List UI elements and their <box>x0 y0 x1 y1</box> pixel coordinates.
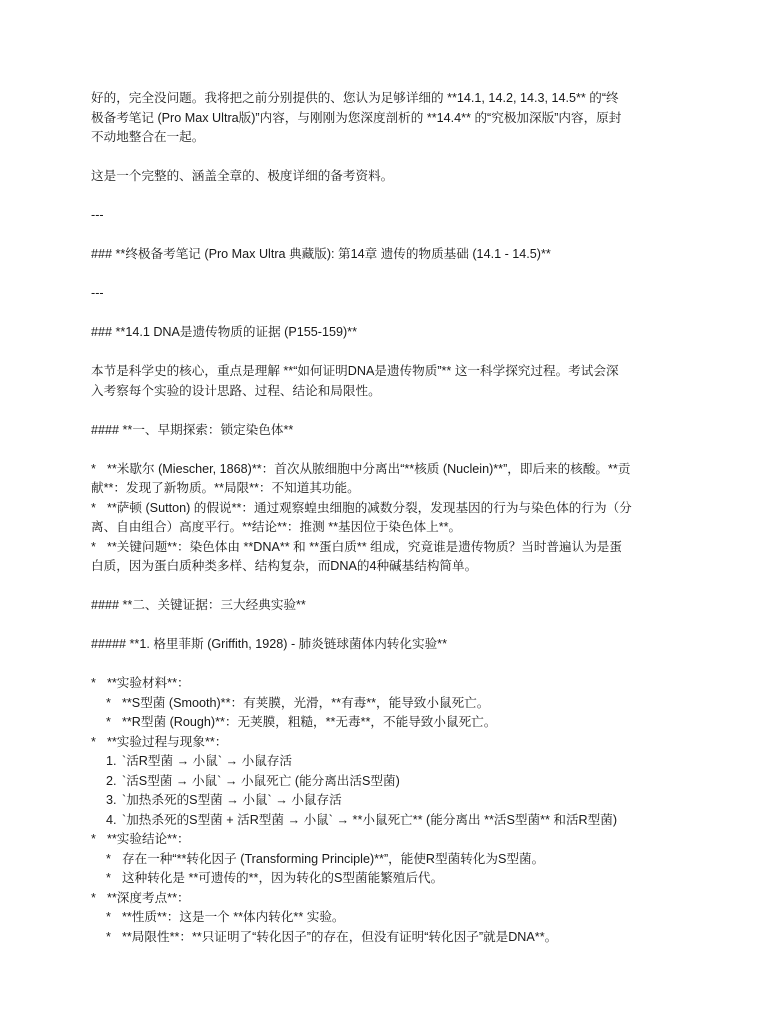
text-line: 极备考笔记 (Pro Max Ultra版)”内容，与刚刚为您深度剖析的 **1… <box>91 109 681 129</box>
step-text: `活R型菌 → 小鼠` → 小鼠存活 <box>122 754 292 768</box>
horizontal-rule-1: --- <box>91 206 681 226</box>
step-text: `加热杀死的S型菌 → 小鼠` → 小鼠存活 <box>122 793 342 807</box>
list-item-text: 离、自由组合）高度平行。**结论**：推测 **基因位于染色体上**。 <box>91 518 681 538</box>
section-intro-paragraph: 本节是科学史的核心，重点是理解 **“如何证明DNA是遗传物质”** 这一科学探… <box>91 362 681 401</box>
step-number: 4. <box>106 811 122 831</box>
document-title: ### **终极备考笔记 (Pro Max Ultra 典藏版): 第14章 遗… <box>91 245 681 265</box>
sub-list-item: **局限性**：**只证明了“转化因子”的存在，但没有证明“转化因子”就是DNA… <box>122 930 557 944</box>
intro-paragraph: 好的，完全没问题。我将把之前分别提供的、您认为足够详细的 **14.1, 14.… <box>91 89 681 148</box>
text-line: --- <box>91 206 681 226</box>
part1-heading: #### **一、早期探索：锁定染色体** <box>91 421 681 441</box>
bullet-marker: * <box>91 674 107 694</box>
section-heading-14-1: ### **14.1 DNA是遗传物质的证据 (P155-159)** <box>91 323 681 343</box>
list-item-key-points: ***深度考点**： ***性质**：这是一个 **体内转化** 实验。 ***… <box>91 889 681 948</box>
part1-bullet-list: ***米歇尔 (Miescher, 1868)**：首次从脓细胞中分离出“**核… <box>91 460 681 577</box>
list-item-materials: ***实验材料**： ***S型菌 (Smooth)**：有荚膜，光滑，**有毒… <box>91 674 681 733</box>
bullet-marker: * <box>91 538 107 558</box>
bullet-marker: * <box>91 499 107 519</box>
list-item-label: **深度考点**： <box>107 891 190 905</box>
text-line: 不动地整合在一起。 <box>91 128 681 148</box>
list-item-text: **米歇尔 (Miescher, 1868)**：首次从脓细胞中分离出“**核质… <box>107 462 630 476</box>
list-item-text: **关键问题**：染色体由 **DNA** 和 **蛋白质** 组成，究竟谁是遗… <box>107 540 622 554</box>
text-line: ### **终极备考笔记 (Pro Max Ultra 典藏版): 第14章 遗… <box>91 245 681 265</box>
list-item-text: 献**：发现了新物质。**局限**：不知道其功能。 <box>91 479 681 499</box>
sub-list-item: **R型菌 (Rough)**：无荚膜，粗糙，**无毒**，不能导致小鼠死亡。 <box>122 715 496 729</box>
bullet-marker: * <box>106 694 122 714</box>
step-text: `加热杀死的S型菌 + 活R型菌 → 小鼠` → **小鼠死亡** (能分离出 … <box>122 813 617 827</box>
text-line: 本节是科学史的核心，重点是理解 **“如何证明DNA是遗传物质”** 这一科学探… <box>91 362 681 382</box>
sub-list-item: **S型菌 (Smooth)**：有荚膜，光滑，**有毒**，能导致小鼠死亡。 <box>122 696 489 710</box>
list-item-label: **实验结论**： <box>107 832 190 846</box>
text-line: ### **14.1 DNA是遗传物质的证据 (P155-159)** <box>91 323 681 343</box>
text-line: 入考察每个实验的设计思路、过程、结论和局限性。 <box>91 382 681 402</box>
list-item: ***米歇尔 (Miescher, 1868)**：首次从脓细胞中分离出“**核… <box>91 460 681 499</box>
list-item: ***萨顿 (Sutton) 的假说**：通过观察蝗虫细胞的减数分裂，发现基因的… <box>91 499 681 538</box>
list-item-process: ***实验过程与现象**： 1.`活R型菌 → 小鼠` → 小鼠存活 2.`活S… <box>91 733 681 831</box>
bullet-marker: * <box>91 830 107 850</box>
step-number: 2. <box>106 772 122 792</box>
sub-list-item: 存在一种“**转化因子 (Transforming Principle)**”，… <box>122 852 544 866</box>
list-item: ***关键问题**：染色体由 **DNA** 和 **蛋白质** 组成，究竟谁是… <box>91 538 681 577</box>
step-text: `活S型菌 → 小鼠` → 小鼠死亡 (能分离出活S型菌) <box>122 774 400 788</box>
text-line: --- <box>91 284 681 304</box>
bullet-marker: * <box>106 713 122 733</box>
experiment1-list: ***实验材料**： ***S型菌 (Smooth)**：有荚膜，光滑，**有毒… <box>91 674 681 947</box>
list-item-conclusion: ***实验结论**： *存在一种“**转化因子 (Transforming Pr… <box>91 830 681 889</box>
text-line: 好的，完全没问题。我将把之前分别提供的、您认为足够详细的 **14.1, 14.… <box>91 89 681 109</box>
bullet-marker: * <box>91 460 107 480</box>
step-number: 3. <box>106 791 122 811</box>
sub-list-item: 这种转化是 **可遗传的**，因为转化的S型菌能繁殖后代。 <box>122 871 443 885</box>
horizontal-rule-2: --- <box>91 284 681 304</box>
bullet-marker: * <box>106 850 122 870</box>
bullet-marker: * <box>91 889 107 909</box>
sub-list-item: **性质**：这是一个 **体内转化** 实验。 <box>122 910 345 924</box>
summary-paragraph: 这是一个完整的、涵盖全章的、极度详细的备考资料。 <box>91 167 681 187</box>
text-line: #### **一、早期探索：锁定染色体** <box>91 421 681 441</box>
list-item-label: **实验过程与现象**： <box>107 735 227 749</box>
text-line: ##### **1. 格里菲斯 (Griffith, 1928) - 肺炎链球菌… <box>91 635 681 655</box>
document-page: 好的，完全没问题。我将把之前分别提供的、您认为足够详细的 **14.1, 14.… <box>0 0 768 1024</box>
list-item-label: **实验材料**： <box>107 676 190 690</box>
bullet-marker: * <box>91 733 107 753</box>
part2-heading: #### **二、关键证据：三大经典实验** <box>91 596 681 616</box>
text-line: #### **二、关键证据：三大经典实验** <box>91 596 681 616</box>
step-number: 1. <box>106 752 122 772</box>
document-content: 好的，完全没问题。我将把之前分别提供的、您认为足够详细的 **14.1, 14.… <box>91 89 681 947</box>
bullet-marker: * <box>106 928 122 948</box>
text-line: 这是一个完整的、涵盖全章的、极度详细的备考资料。 <box>91 167 681 187</box>
list-item-text: 白质，因为蛋白质种类多样、结构复杂，而DNA的4种碱基结构简单。 <box>91 557 681 577</box>
bullet-marker: * <box>106 869 122 889</box>
experiment1-heading: ##### **1. 格里菲斯 (Griffith, 1928) - 肺炎链球菌… <box>91 635 681 655</box>
list-item-text: **萨顿 (Sutton) 的假说**：通过观察蝗虫细胞的减数分裂，发现基因的行… <box>107 501 632 515</box>
bullet-marker: * <box>106 908 122 928</box>
